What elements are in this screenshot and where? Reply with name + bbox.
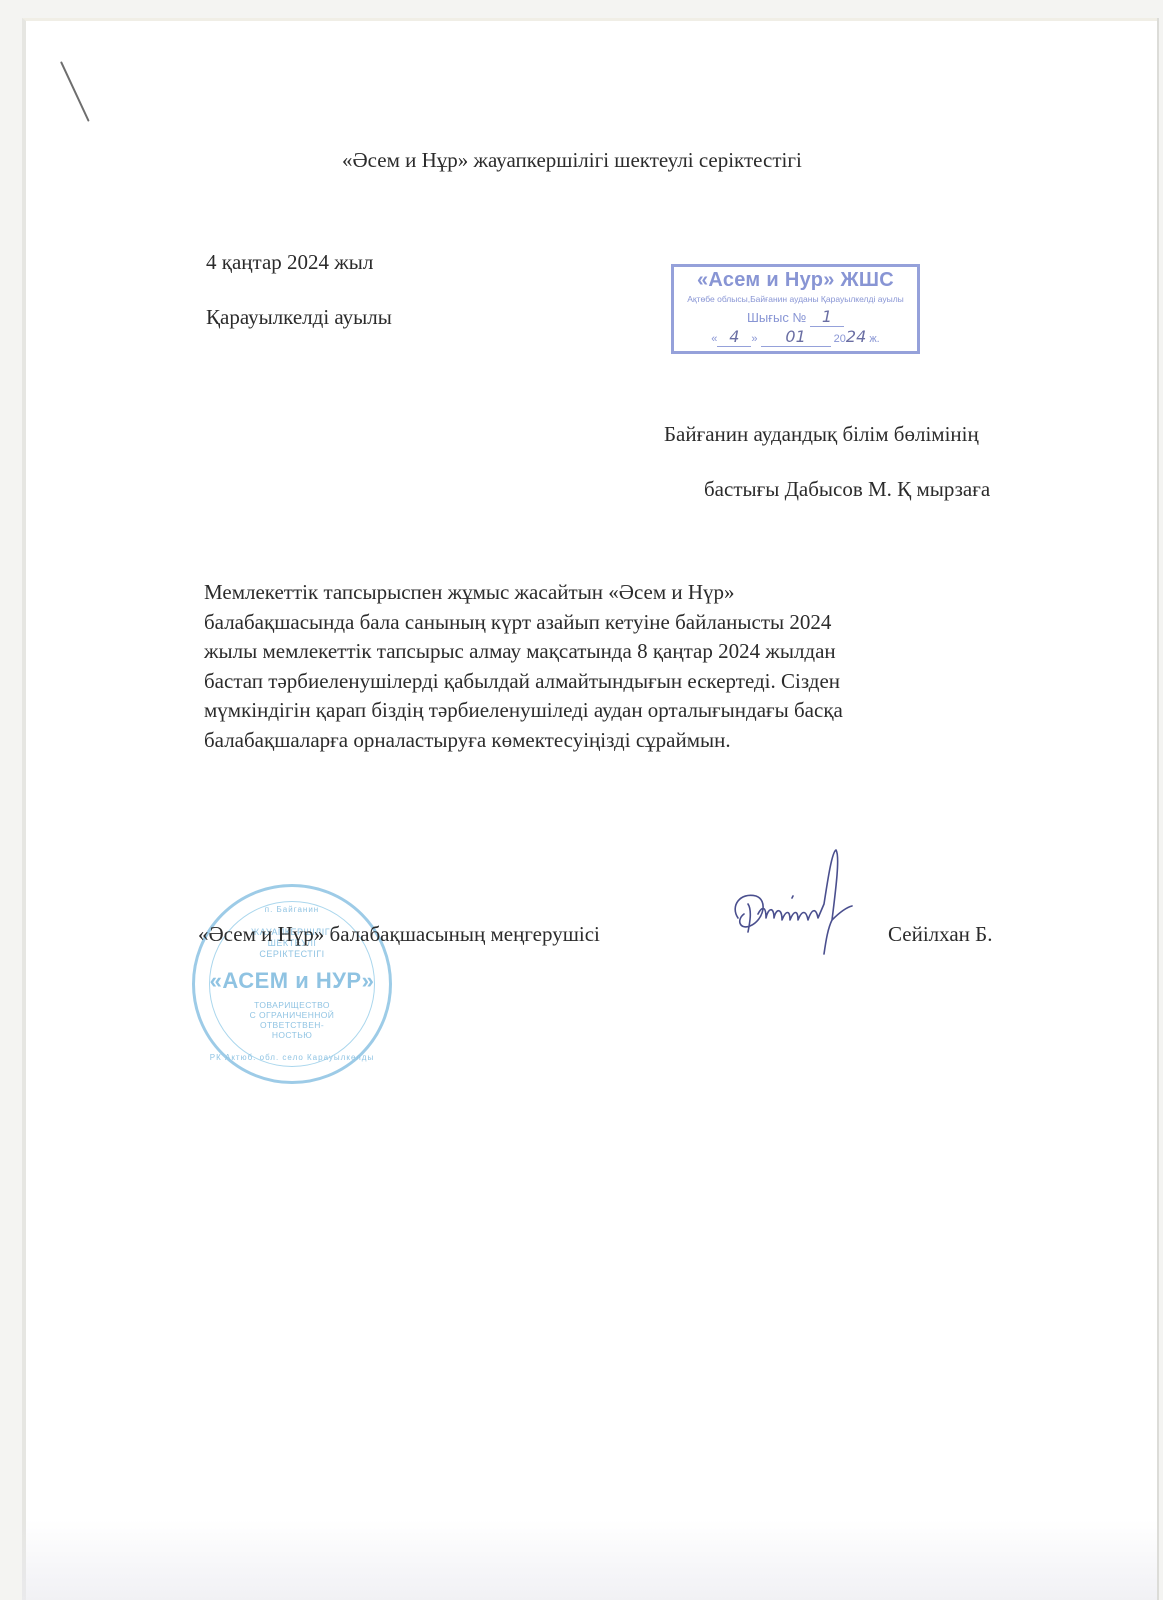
page-edge (1157, 18, 1159, 1600)
seal-rim-bottom: РК Актюб. обл. село Карауылкелды (195, 1053, 389, 1062)
page-shadow (22, 1520, 1157, 1600)
body-line: Мемлекеттік тапсырыспен жұмыс жасайтын «… (204, 578, 1044, 608)
stamp-number-value: 1 (822, 307, 832, 326)
stamp-address: Ақтөбе облысы,Байғанин ауданы Қарауылкел… (674, 294, 917, 304)
stamp-date: «4» 01 2024 ж. (674, 327, 917, 347)
document-page (22, 18, 1157, 1600)
organization-header: «Әсем и Нұр» жауапкершілігі шектеулі сер… (342, 150, 802, 171)
document-place: Қарауылкелді ауылы (206, 307, 392, 328)
signatory-name: Сейілхан Б. (888, 924, 992, 945)
document-date: 4 қаңтар 2024 жыл (206, 252, 373, 273)
seal-rim-top: п. Байганин (195, 905, 389, 914)
body-line: бастап тәрбиеленушілерді қабылдай алмайт… (204, 667, 1044, 697)
body-line: балабақшасында бала санының күрт азайып … (204, 608, 1044, 638)
signatory-role: «Әсем и Нүр» балабақшасының меңгерушісі (198, 924, 600, 945)
body-line: мүмкіндігін қарап біздің тәрбиеленушілед… (204, 696, 1044, 726)
seal-bottom-text: ТОВАРИЩЕСТВО С ОГРАНИЧЕННОЙ ОТВЕТСТВЕН- … (195, 1000, 389, 1040)
handwritten-signature (728, 848, 868, 958)
seal-center-text: «АСЕМ и НУР» (195, 968, 389, 994)
stamp-date-day: 4 (729, 327, 739, 346)
stamp-number-label: Шығыс № (747, 310, 806, 325)
addressee-line-1: Байғанин аудандық білім бөлімінің (664, 424, 979, 445)
stamp-date-year: 24 (846, 327, 866, 346)
letter-body: Мемлекеттік тапсырыспен жұмыс жасайтын «… (204, 578, 1044, 755)
addressee-line-2: бастығы Дабысов М. Қ мырзаға (704, 479, 990, 500)
outgoing-stamp: «Асем и Нур» ЖШС Ақтөбе облысы,Байғанин … (671, 264, 920, 354)
round-company-seal: п. Байганин ЖАУАПКЕРШІЛІГІ ШЕКТЕУЛІ СЕРІ… (192, 884, 392, 1084)
stamp-date-year-prefix: 20 (834, 333, 846, 345)
body-line: жылы мемлекеттік тапсырыс алмау мақсатын… (204, 637, 1044, 667)
stamp-date-month: 01 (785, 327, 805, 346)
body-line: балабақшаларға орналастыруға көмектесуің… (204, 726, 1044, 756)
stamp-title: «Асем и Нур» ЖШС (674, 269, 917, 292)
stamp-date-suffix: ж. (869, 333, 879, 345)
stamp-number: Шығыс № 1 (674, 307, 917, 327)
